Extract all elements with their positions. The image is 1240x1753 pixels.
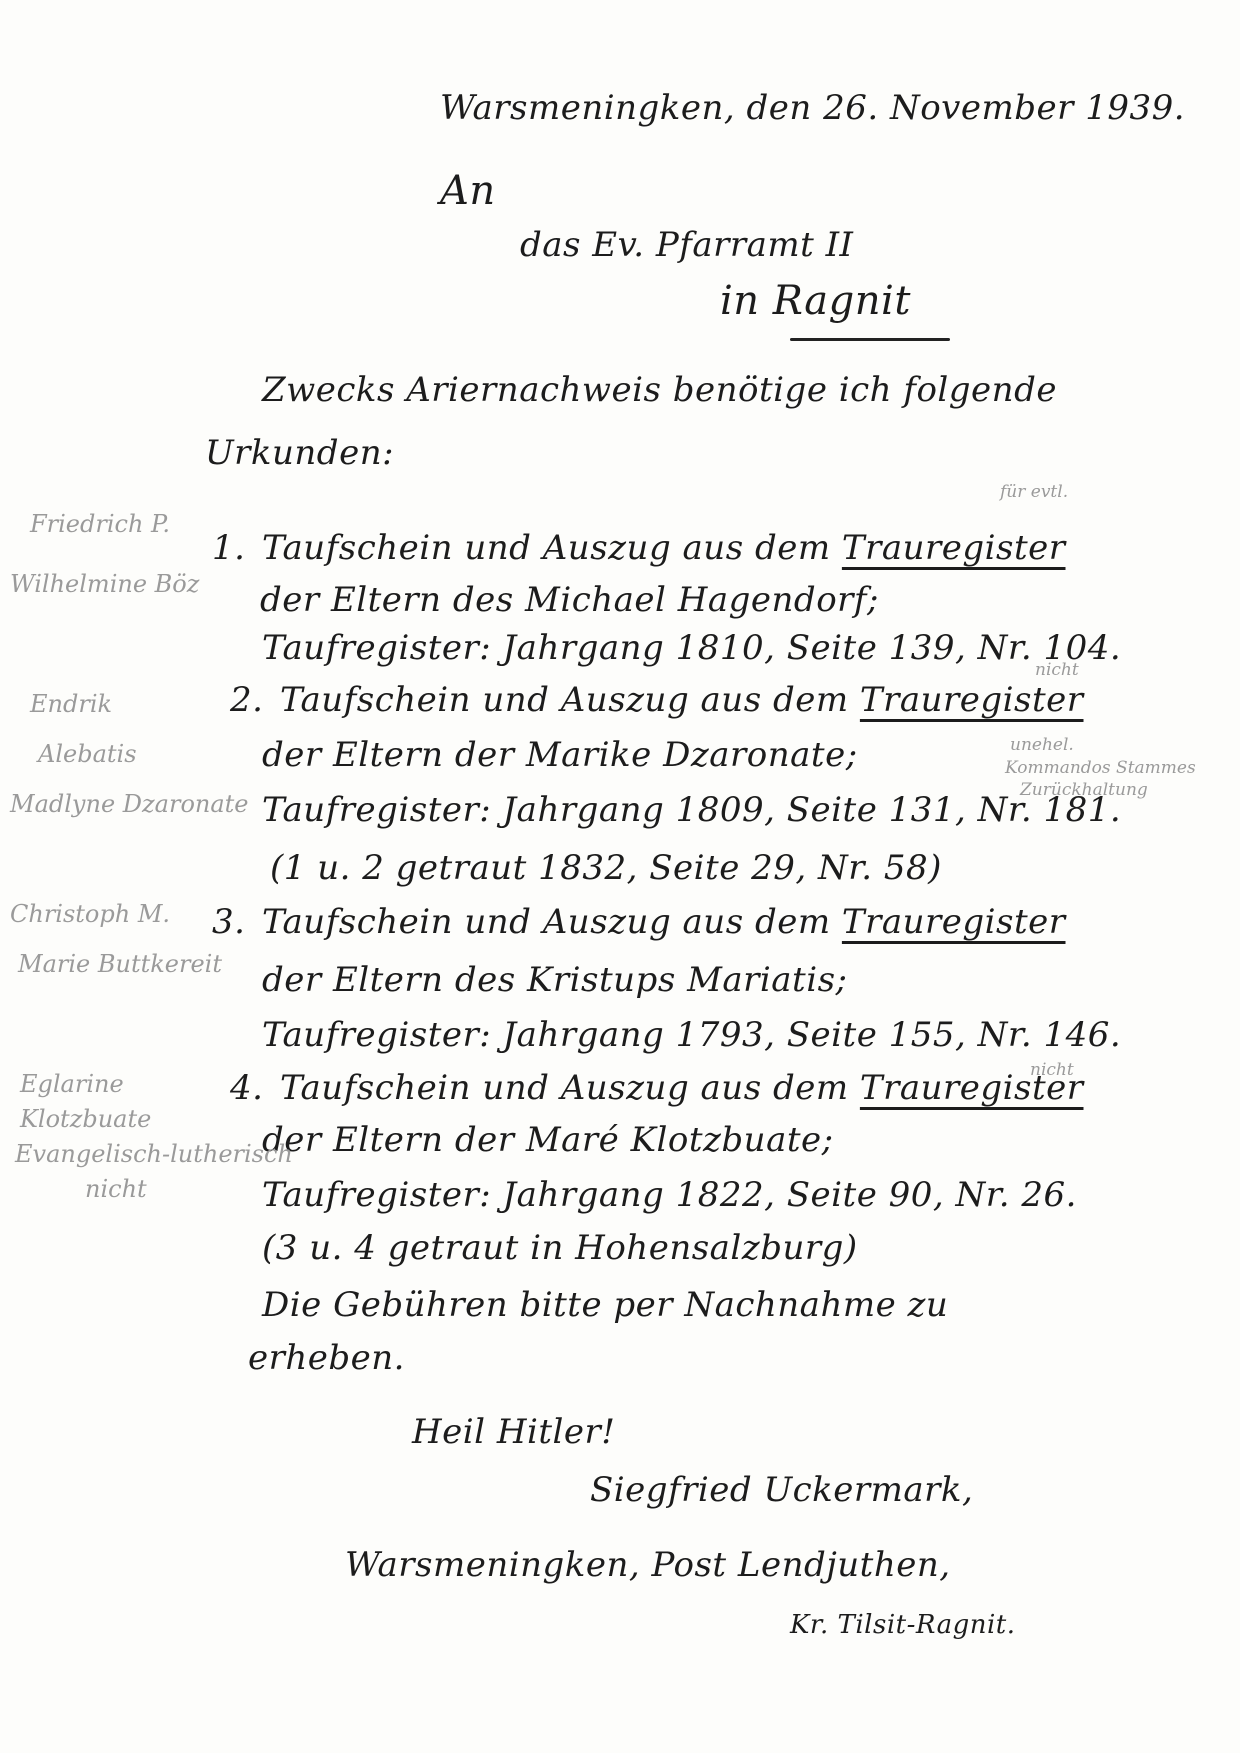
closing-line-2: erheben. (248, 1338, 405, 1378)
item-2-line-2: der Eltern der Marike Dzaronate; (262, 735, 858, 775)
margin-note-item4-c: Evangelisch-lutherisch (15, 1140, 293, 1168)
margin-note-item3-b: Marie Buttkereit (18, 950, 222, 978)
recipient-line-2: in Ragnit (720, 278, 911, 324)
recipient-underline (790, 338, 950, 341)
item-3-line-1: 3.Taufschein und Auszug aus dem Trauregi… (212, 902, 1066, 942)
item-1-line-3: Taufregister: Jahrgang 1810, Seite 139, … (262, 628, 1121, 668)
margin-note-item2-right-b: Kommandos Stammes (1005, 758, 1196, 778)
margin-note-item2-right-a: unehel. (1010, 735, 1074, 755)
item-4-line-3: Taufregister: Jahrgang 1822, Seite 90, N… (262, 1175, 1077, 1215)
margin-note-item2-right-c: Zurückhaltung (1020, 780, 1148, 800)
signature-name: Siegfried Uckermark, (590, 1470, 973, 1510)
margin-note-item4-b: Klotzbuate (20, 1105, 151, 1133)
item-2-number: 2. (230, 680, 280, 720)
intro-line-1: Zwecks Ariernachweis benötige ich folgen… (262, 370, 1057, 410)
item-4-number: 4. (230, 1068, 280, 1108)
margin-note-item4-above: nicht (1030, 1060, 1074, 1080)
margin-note-item4-a: Eglarine (20, 1070, 124, 1098)
place-date: Warsmeningken, den 26. November 1939. (440, 88, 1185, 128)
item-3-line-2: der Eltern des Kristups Mariatis; (262, 960, 848, 1000)
item-1-line-1: 1.Taufschein und Auszug aus dem Trauregi… (212, 528, 1066, 568)
greeting: Heil Hitler! (412, 1412, 615, 1452)
item-3-number: 3. (212, 902, 262, 942)
item-4-line-2: der Eltern der Maré Klotzbuate; (262, 1120, 834, 1160)
margin-note-item1-above: für evtl. (1000, 482, 1068, 502)
margin-note-item2-above: nicht (1035, 660, 1079, 680)
item-1-underlined: Trauregister (842, 528, 1066, 568)
margin-note-item3-a: Christoph M. (10, 900, 170, 928)
signature-district: Kr. Tilsit-Ragnit. (790, 1610, 1015, 1640)
item-2-line-3: Taufregister: Jahrgang 1809, Seite 131, … (262, 790, 1121, 830)
letter-page: Warsmeningken, den 26. November 1939. An… (0, 0, 1240, 1753)
item-4-line-1: 4.Taufschein und Auszug aus dem Trauregi… (230, 1068, 1084, 1108)
item-2-line-4: (1 u. 2 getraut 1832, Seite 29, Nr. 58) (270, 848, 942, 888)
signature-address: Warsmeningken, Post Lendjuthen, (345, 1545, 951, 1585)
item-1-number: 1. (212, 528, 262, 568)
item-2-underlined: Trauregister (860, 680, 1084, 720)
item-4-line-4: (3 u. 4 getraut in Hohensalzburg) (262, 1228, 858, 1268)
item-3-line-3: Taufregister: Jahrgang 1793, Seite 155, … (262, 1015, 1121, 1055)
margin-note-item1-a: Friedrich P. (30, 510, 170, 538)
item-3-underlined: Trauregister (842, 902, 1066, 942)
margin-note-item1-b: Wilhelmine Böz (10, 570, 199, 598)
recipient-line-1: das Ev. Pfarramt II (520, 225, 853, 265)
item-2-line-1: 2.Taufschein und Auszug aus dem Trauregi… (230, 680, 1084, 720)
closing-line-1: Die Gebühren bitte per Nachnahme zu (262, 1285, 948, 1325)
item-1-line-2: der Eltern des Michael Hagendorf; (260, 580, 879, 620)
intro-line-2: Urkunden: (205, 433, 394, 473)
margin-note-item2-b: Alebatis (38, 740, 137, 768)
salutation-an: An (440, 168, 496, 214)
margin-note-item2-a: Endrik (30, 690, 112, 718)
margin-note-item4-d: nicht (85, 1175, 147, 1203)
margin-note-item2-c: Madlyne Dzaronate (10, 790, 249, 818)
